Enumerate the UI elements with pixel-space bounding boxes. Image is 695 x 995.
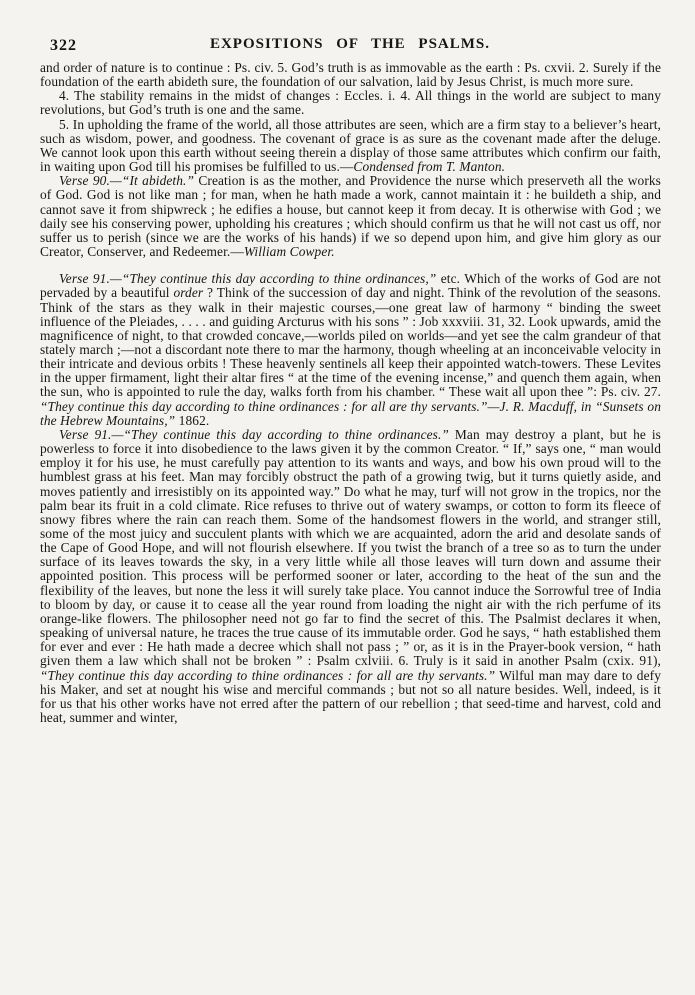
page-title: EXPOSITIONS OF THE PSALMS. — [40, 36, 660, 53]
text-body: and order of nature is to continue : Ps.… — [40, 61, 661, 725]
text-segment: Man may destroy a plant, but he is power… — [40, 427, 661, 669]
paragraph: Verse 90.—“It abideth.” Creation is as t… — [40, 174, 661, 259]
text-segment: 5. In upholding the frame of the world, … — [40, 117, 661, 174]
text-segment: 1862. — [175, 413, 209, 428]
paragraph: and order of nature is to continue : Ps.… — [40, 61, 661, 89]
paragraph: 4. The stability remains in the midst of… — [40, 89, 661, 117]
text-segment: ? Think of the succession of day and nig… — [40, 285, 661, 399]
italic-text-segment: Verse 90.—“It abideth.” — [59, 173, 194, 188]
italic-text-segment: “They continue this day according to thi… — [40, 668, 495, 683]
italic-text-segment: order — [173, 285, 203, 300]
running-header: 322 EXPOSITIONS OF THE PSALMS. — [40, 36, 660, 56]
italic-text-segment: “They continue this day according to thi… — [40, 399, 661, 428]
paragraph: 5. In upholding the frame of the world, … — [40, 118, 661, 175]
text-segment: 4. The stability remains in the midst of… — [40, 88, 661, 117]
italic-text-segment: Verse 91.—“They continue this day accord… — [59, 427, 449, 442]
paragraph: Verse 91.—“They continue this day accord… — [40, 428, 661, 725]
page-number: 322 — [50, 37, 77, 55]
italic-text-segment: Condensed from T. Manton. — [353, 159, 505, 174]
book-page: 322 EXPOSITIONS OF THE PSALMS. and order… — [0, 0, 695, 995]
paragraph: Verse 91.—“They continue this day accord… — [40, 272, 661, 428]
italic-text-segment: Verse 91.—“They continue this day accord… — [59, 271, 436, 286]
italic-text-segment: William Cowper. — [244, 244, 335, 259]
text-segment: and order of nature is to continue : Ps.… — [40, 60, 661, 89]
